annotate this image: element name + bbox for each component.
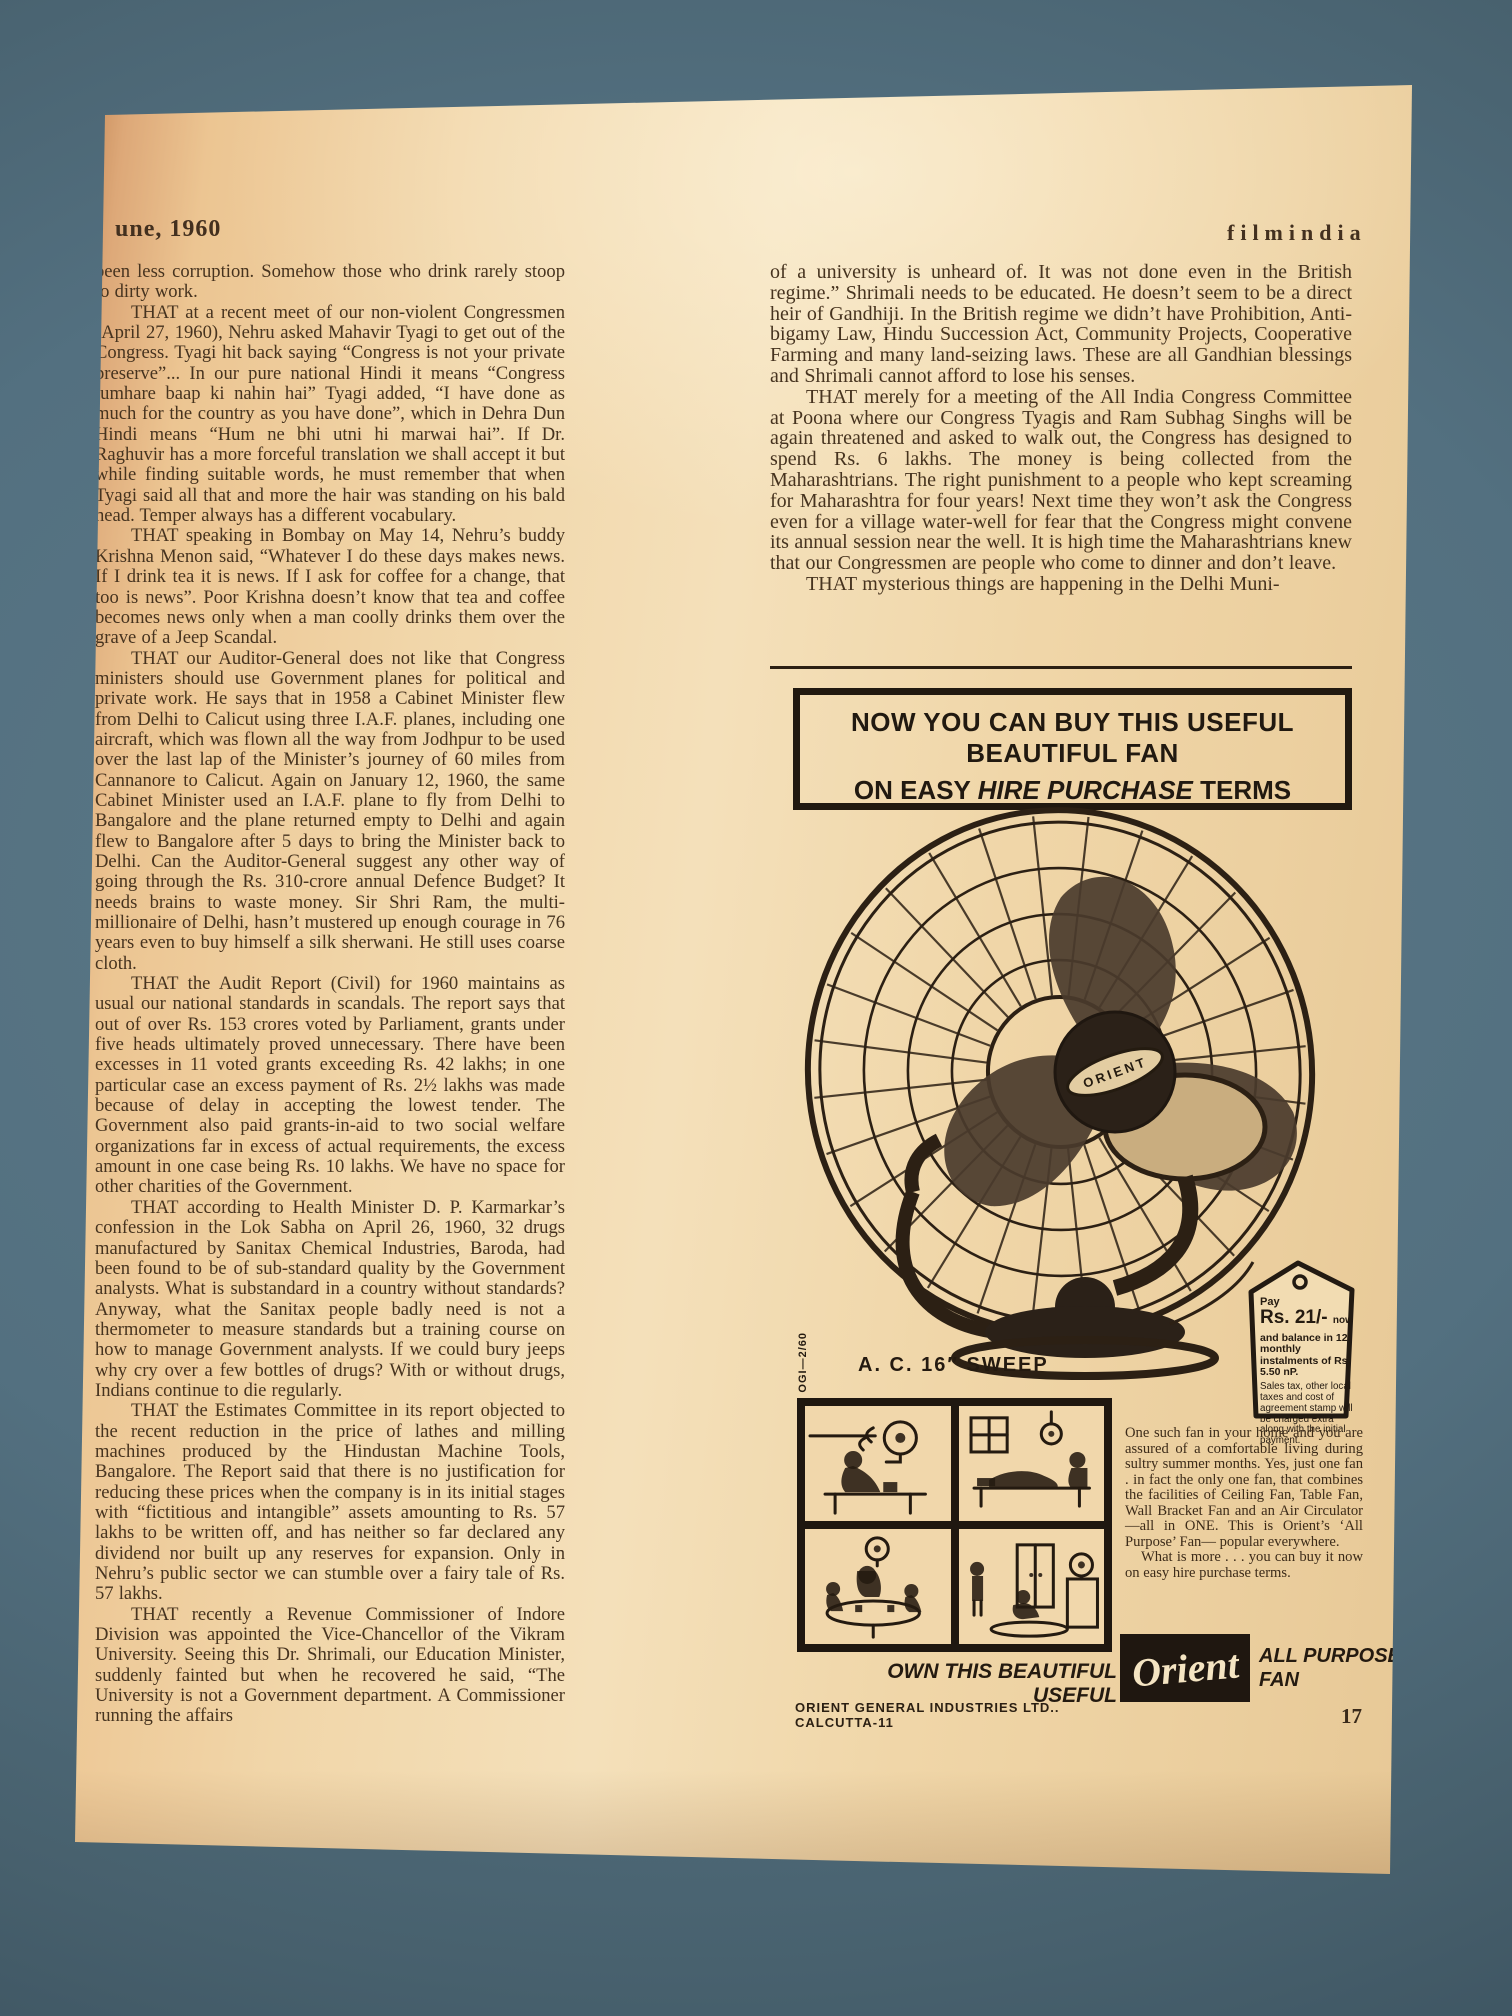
orient-logo-box: Orient <box>1120 1634 1250 1702</box>
comic-panel-family-table-scene <box>805 1529 951 1644</box>
left-column: been less corruption. Somehow those who … <box>95 262 565 1727</box>
ad-headline-line1: NOW YOU CAN BUY THIS USEFUL BEAUTIFUL FA… <box>800 707 1345 769</box>
ad-top-rule <box>770 666 1352 669</box>
ad-reference-code: OGI—2/60 <box>797 1332 809 1393</box>
body-paragraph: THAT the Audit Report (Civil) for 1960 m… <box>95 974 565 1198</box>
scanned-photo-background: une, 1960 filmindia been less corruption… <box>0 0 1512 2016</box>
body-paragraph: THAT according to Health Minister D. P. … <box>95 1198 565 1401</box>
body-paragraph: THAT merely for a meeting of the All Ind… <box>770 387 1352 574</box>
body-paragraph: of a university is unheard of. It was no… <box>770 262 1352 387</box>
body-paragraph: THAT at a recent meet of our non-violent… <box>95 303 565 527</box>
ad-body-text: One such fan in your home and you are as… <box>1125 1426 1363 1581</box>
tag-string <box>1170 1262 1253 1324</box>
fan-blades <box>845 831 1346 1322</box>
body-paragraph: THAT the Estimates Committee in its repo… <box>95 1401 565 1604</box>
body-paragraph: been less corruption. Somehow those who … <box>95 262 565 303</box>
body-paragraph: THAT mysterious things are happening in … <box>770 574 1352 595</box>
advertiser-company-line: ORIENT GENERAL INDUSTRIES LTD.. CALCUTTA… <box>795 1700 1115 1730</box>
comic-panel-desk-scene <box>805 1406 951 1521</box>
fan-sweep-label: A. C. 16″ SWEEP <box>858 1354 1049 1377</box>
fan-hub-brand: ORIENT <box>1081 1054 1149 1091</box>
ad-paragraph: One such fan in your home and you are as… <box>1125 1426 1363 1550</box>
body-paragraph: THAT recently a Revenue Commissioner of … <box>95 1605 565 1727</box>
comic-panel-bedroom-scene <box>959 1406 1105 1521</box>
body-paragraph: THAT our Auditor-General does not like t… <box>95 649 565 975</box>
issue-date: une, 1960 <box>115 216 221 243</box>
fan-hub <box>1055 1012 1175 1132</box>
price-tag: Pay Rs. 21/- now and balance in 12 month… <box>1248 1260 1372 1420</box>
ad-headline-box: NOW YOU CAN BUY THIS USEFUL BEAUTIFUL FA… <box>793 688 1352 810</box>
all-purpose-fan-caption: ALL PURPOSE FAN <box>1259 1644 1401 1692</box>
magazine-page: une, 1960 filmindia been less corruption… <box>75 82 1415 1878</box>
body-paragraph: THAT speaking in Bombay on May 14, Nehru… <box>95 526 565 648</box>
orient-logo: Orient <box>1130 1640 1240 1696</box>
fan-swivel-arm <box>903 1140 997 1332</box>
fan-hub-band: ORIENT <box>1062 1039 1168 1105</box>
fan-motor <box>1105 1075 1265 1179</box>
right-column: of a university is unheard of. It was no… <box>770 262 1352 595</box>
ad-headline-line2: ON EASY HIRE PURCHASE TERMS <box>800 775 1345 806</box>
ad-paragraph: What is more . . . you can buy it now on… <box>1125 1550 1363 1581</box>
tag-terms: and balance in 12 monthly instalments of… <box>1260 1333 1360 1378</box>
page-number: 17 <box>1341 1704 1362 1729</box>
tag-price: Rs. 21/- now <box>1260 1308 1360 1331</box>
comic-panel-children-scene <box>959 1529 1105 1644</box>
comic-strip-grid <box>797 1398 1112 1652</box>
fan-base <box>985 1306 1185 1358</box>
hire-purchase-emphasis: HIRE PURCHASE <box>978 775 1193 805</box>
magazine-title: filmindia <box>1227 220 1367 246</box>
fan-neck <box>1115 1177 1190 1288</box>
fan-base-dome <box>1055 1277 1115 1337</box>
